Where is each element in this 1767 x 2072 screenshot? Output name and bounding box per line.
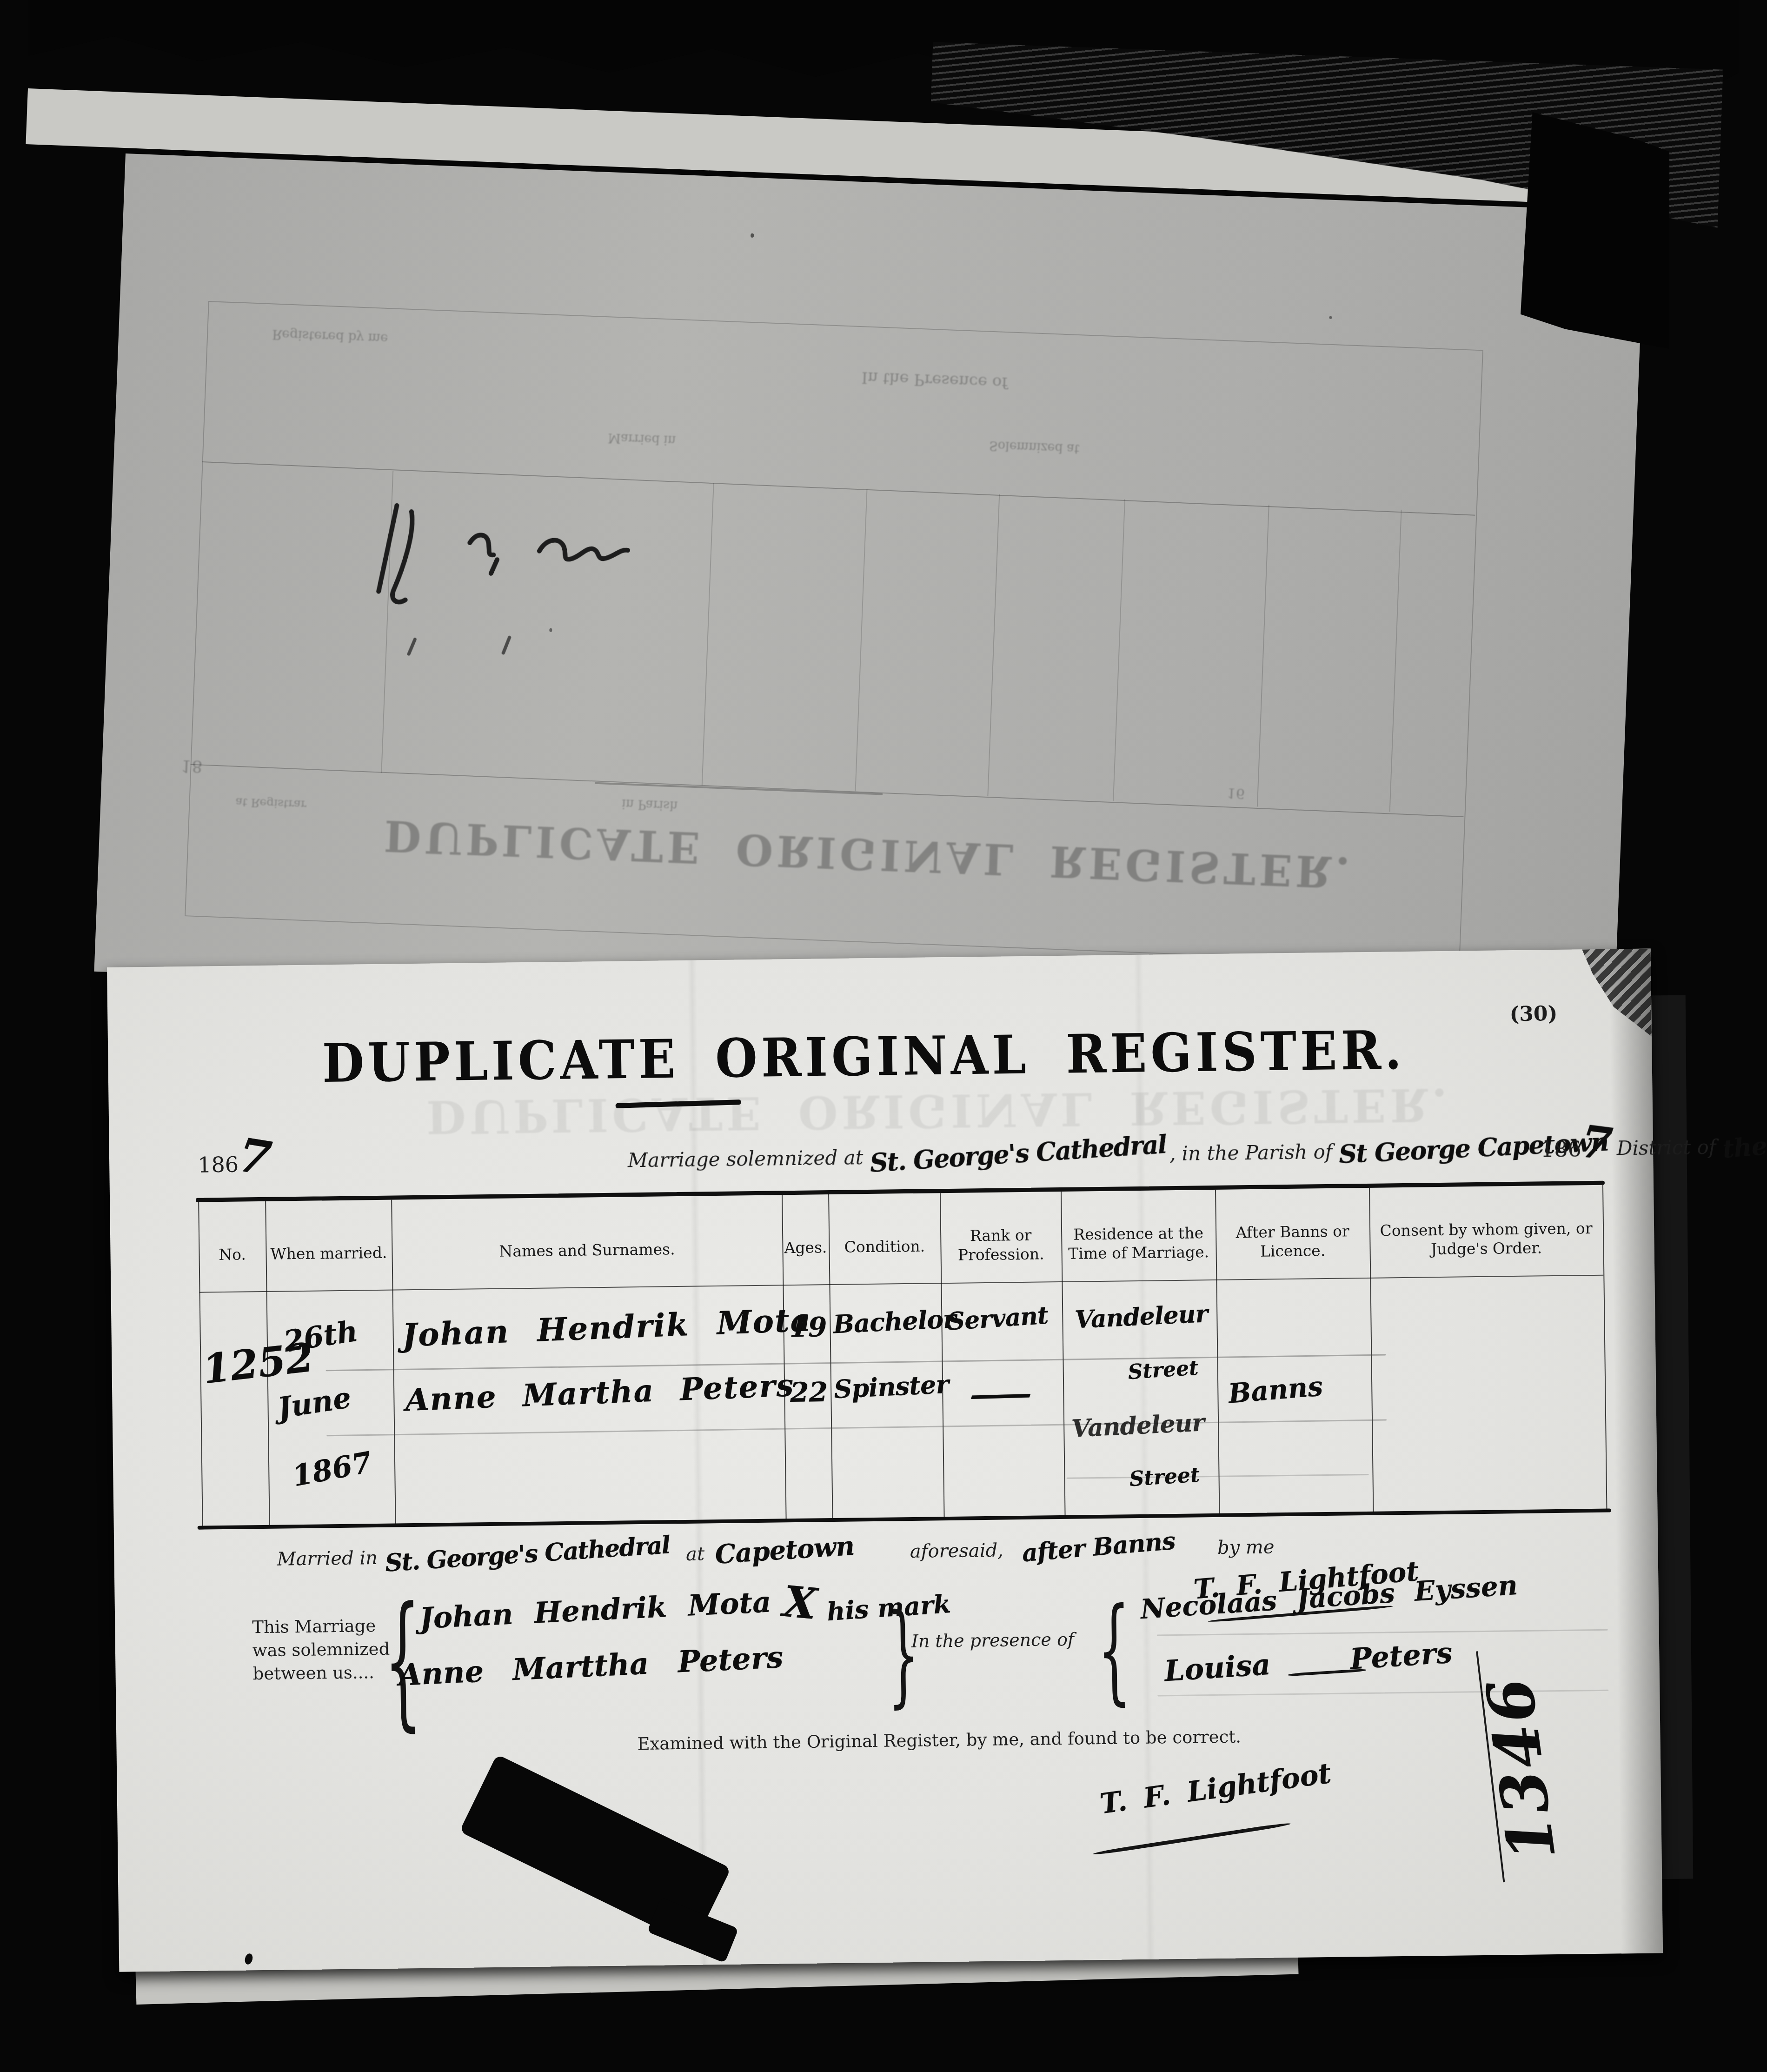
groom-signature-row: Johan Hendrik Mota X his mark <box>419 1576 951 1632</box>
pencil-guide-line <box>1067 1474 1369 1479</box>
year-right-printed: 186 <box>1541 1136 1581 1162</box>
solemnized-label-line3: between us.... <box>252 1661 390 1686</box>
bride-signature: Anne Marttha Peters <box>398 1640 784 1693</box>
brace-open-right: { <box>1096 1584 1131 1717</box>
year-right-handwritten: 7 <box>1578 1115 1615 1171</box>
column-header-when-married: When married. <box>266 1218 392 1289</box>
pencil-guide-line <box>326 1354 1386 1371</box>
solemnized-label: This Marriage was solemnized between us.… <box>252 1614 390 1686</box>
groom-signature: Johan Hendrik Mota <box>419 1585 772 1635</box>
bride-rank-dash: — <box>966 1376 1035 1413</box>
after-banns-handwritten: after Banns <box>1021 1527 1176 1568</box>
groom-residence-line1: Vandeleur <box>1074 1299 1208 1334</box>
banns-value: Banns <box>1227 1370 1324 1409</box>
married-in-label: Married in <box>277 1547 378 1570</box>
paper-speck <box>751 233 754 238</box>
examined-signature: T. F. Lightfoot <box>1098 1757 1333 1820</box>
parish-label: , in the Parish of <box>1169 1140 1333 1165</box>
ink-scribble <box>367 498 680 668</box>
groom-age: 19 <box>789 1311 827 1343</box>
column-header-banns: After Banns or Licence. <box>1215 1206 1370 1277</box>
column-header-no: No. <box>199 1219 266 1290</box>
column-header-consent: Consent by whom given, or Judge's Order. <box>1369 1203 1603 1275</box>
district-label: District of <box>1616 1136 1716 1160</box>
entry-date-year: 1867 <box>290 1445 375 1493</box>
presence-label: In the presence of <box>911 1629 1075 1652</box>
aforesaid-label: aforesaid, <box>910 1540 1004 1562</box>
brace-close: } <box>887 1591 920 1719</box>
column-header-ages: Ages. <box>782 1212 830 1282</box>
table-bottom-rule <box>198 1509 1611 1530</box>
column-header-residence: Residence at the Time of Marriage. <box>1061 1207 1216 1279</box>
recto-page: (30) DUPLICATE ORIGINAL REGISTER. DUPLIC… <box>107 948 1663 1972</box>
column-header-condition: Condition. <box>829 1211 941 1282</box>
married-in-line: Married in St. George's Cathedral at Cap… <box>277 1529 1275 1572</box>
bleedthrough-fragment: at Registrar <box>235 795 306 812</box>
bride-residence-line1: Vandeleur <box>1071 1408 1205 1443</box>
year-left-handwritten: 7 <box>234 1127 275 1186</box>
page-number: (30) <box>1509 1002 1557 1026</box>
archival-number: 1346 <box>1466 1626 1568 1911</box>
scanned-register-photo: { "document": { "page_number": "(30)", "… <box>0 0 1767 2072</box>
pencil-guide-line <box>326 1419 1387 1436</box>
groom-rank: Servant <box>947 1301 1049 1336</box>
bleedthrough-fragment: in Parish <box>622 796 678 813</box>
bride-residence-line2: Street <box>1129 1463 1201 1491</box>
at-label: at <box>686 1543 704 1565</box>
his-mark-x: X <box>781 1576 819 1629</box>
solemnized-label-line1: This Marriage <box>252 1614 390 1639</box>
table-column-line <box>1602 1185 1608 1511</box>
column-header-rank: Rank or Profession. <box>940 1209 1062 1280</box>
pencil-guide-line <box>1157 1629 1608 1636</box>
year-left-printed: 186 <box>198 1152 239 1178</box>
bride-condition: Spinster <box>833 1369 949 1405</box>
solemnized-label-line2: was solemnized <box>252 1638 390 1663</box>
bleedthrough-fragment: 18 <box>181 756 203 776</box>
marriage-solemnized-label: Marriage solemnized at <box>628 1146 864 1172</box>
bleedthrough-fragment: 16 <box>1227 785 1245 801</box>
married-in-church: St. George's Cathedral <box>385 1531 671 1577</box>
bride-age: 22 <box>790 1376 828 1408</box>
groom-residence-line2: Street <box>1127 1356 1199 1384</box>
groom-name: Johan Hendrik Mota <box>401 1301 812 1354</box>
verso-page: Registered by me In the Presence of Marr… <box>94 153 1645 1030</box>
table-top-rule <box>196 1181 1605 1202</box>
district-handwritten: the Cape <box>1721 1124 1767 1164</box>
entry-date-month: June <box>275 1380 353 1425</box>
bleedthrough-fragment: Married in <box>608 430 676 447</box>
groom-condition: Bachelor <box>832 1304 957 1339</box>
paper-speck <box>1329 316 1332 319</box>
married-in-town: Capetown <box>714 1531 855 1570</box>
by-me-label: by me <box>1217 1536 1275 1558</box>
signature-flourish <box>1093 1822 1291 1856</box>
entry-date-day: 26th <box>281 1314 360 1359</box>
witness2-signature: Louisa Peters <box>1163 1636 1454 1688</box>
bride-name: Anne Martha Peters <box>405 1367 795 1418</box>
column-header-names: Names and Surnames. <box>392 1213 783 1287</box>
